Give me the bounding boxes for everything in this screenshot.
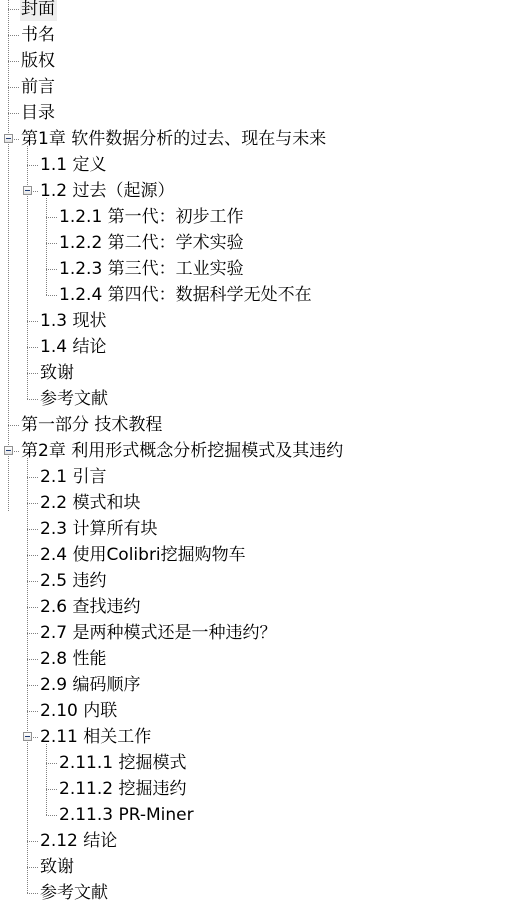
tree-item-label[interactable]: 1.2.3 第三代：工业实验 — [58, 257, 246, 281]
tree-connector — [46, 217, 57, 218]
tree-item-label[interactable]: 第一部分 技术教程 — [20, 413, 164, 437]
tree-item-label[interactable]: 1.3 现状 — [39, 309, 108, 333]
tree-item[interactable]: 2.9 编码顺序 — [0, 672, 518, 698]
tree-item-label[interactable]: 1.2.2 第二代：学术实验 — [58, 231, 246, 255]
tree-item[interactable]: 1.2 过去（起源） — [0, 178, 518, 204]
tree-item-label[interactable]: 2.11.1 挖掘模式 — [58, 751, 188, 775]
tree-connector — [46, 295, 57, 296]
tree-item[interactable]: 第一部分 技术教程 — [0, 412, 518, 438]
tree-item-label[interactable]: 第1章 软件数据分析的过去、现在与未来 — [20, 127, 328, 151]
tree-item[interactable]: 2.11.3 PR-Miner — [0, 802, 518, 828]
tree-item[interactable]: 2.5 违约 — [0, 568, 518, 594]
tree-item[interactable]: 封面 — [0, 0, 518, 22]
tree-item-label[interactable]: 2.8 性能 — [39, 647, 108, 671]
tree-item[interactable]: 2.4 使用Colibri挖掘购物车 — [0, 542, 518, 568]
tree-item-label[interactable]: 1.4 结论 — [39, 335, 108, 359]
tree-connector — [46, 198, 47, 295]
tree-connector — [46, 789, 57, 790]
tree-item[interactable]: 2.11.1 挖掘模式 — [0, 750, 518, 776]
tree-item[interactable]: 版权 — [0, 48, 518, 74]
tree-item-label[interactable]: 封面 — [20, 0, 57, 21]
tree-connector — [46, 763, 57, 764]
tree-item-label[interactable]: 版权 — [20, 49, 57, 73]
tree-item[interactable]: 1.4 结论 — [0, 334, 518, 360]
tree-connector — [46, 815, 57, 816]
tree-item[interactable]: 1.2.4 第四代：数据科学无处不在 — [0, 282, 518, 308]
tree-connector — [27, 685, 38, 686]
tree-item-label[interactable]: 2.11 相关工作 — [39, 725, 153, 749]
tree-item[interactable]: 1.2.1 第一代：初步工作 — [0, 204, 518, 230]
tree-connector — [46, 243, 57, 244]
tree-connector — [27, 321, 38, 322]
tree-item[interactable]: 2.6 查找违约 — [0, 594, 518, 620]
tree-item[interactable]: 参考文献 — [0, 880, 518, 904]
toc-tree[interactable]: 封面书名版权前言目录第1章 软件数据分析的过去、现在与未来1.1 定义1.2 过… — [0, 0, 518, 904]
tree-connector — [8, 425, 19, 426]
tree-connector — [27, 347, 38, 348]
tree-connector — [46, 744, 47, 815]
tree-item-label[interactable]: 目录 — [20, 101, 57, 125]
collapse-toggle-icon[interactable] — [23, 732, 32, 741]
tree-item[interactable]: 参考文献 — [0, 386, 518, 412]
tree-item[interactable]: 2.11.2 挖掘违约 — [0, 776, 518, 802]
tree-item-label[interactable]: 2.12 结论 — [39, 829, 119, 853]
tree-connector — [8, 9, 19, 10]
tree-item-label[interactable]: 2.1 引言 — [39, 465, 108, 489]
tree-item[interactable]: 第1章 软件数据分析的过去、现在与未来 — [0, 126, 518, 152]
tree-item-label[interactable]: 2.5 违约 — [39, 569, 108, 593]
tree-item-label[interactable]: 书名 — [20, 23, 57, 47]
tree-connector — [27, 581, 38, 582]
tree-connector — [27, 659, 38, 660]
tree-item[interactable]: 2.12 结论 — [0, 828, 518, 854]
tree-connector — [27, 146, 28, 399]
tree-item-label[interactable]: 1.1 定义 — [39, 153, 108, 177]
tree-connector — [27, 503, 38, 504]
tree-item[interactable]: 前言 — [0, 74, 518, 100]
tree-connector — [27, 633, 38, 634]
tree-item[interactable]: 致谢 — [0, 854, 518, 880]
tree-connector — [8, 87, 19, 88]
collapse-toggle-icon[interactable] — [4, 446, 13, 455]
tree-item-label[interactable]: 参考文献 — [39, 881, 110, 904]
tree-item[interactable]: 1.1 定义 — [0, 152, 518, 178]
tree-item[interactable]: 1.2.2 第二代：学术实验 — [0, 230, 518, 256]
tree-item-label[interactable]: 参考文献 — [39, 387, 110, 411]
tree-connector — [27, 607, 38, 608]
tree-item[interactable]: 2.10 内联 — [0, 698, 518, 724]
tree-connector — [27, 477, 38, 478]
tree-item[interactable]: 2.1 引言 — [0, 464, 518, 490]
tree-item-label[interactable]: 1.2.1 第一代：初步工作 — [58, 205, 246, 229]
tree-connector — [27, 399, 38, 400]
tree-item[interactable]: 书名 — [0, 22, 518, 48]
tree-item-label[interactable]: 2.3 计算所有块 — [39, 517, 159, 541]
tree-item-label[interactable]: 致谢 — [39, 361, 76, 385]
tree-connector — [8, 61, 19, 62]
tree-item[interactable]: 2.3 计算所有块 — [0, 516, 518, 542]
tree-item-label[interactable]: 1.2.4 第四代：数据科学无处不在 — [58, 283, 314, 307]
tree-item-label[interactable]: 2.10 内联 — [39, 699, 119, 723]
tree-connector — [27, 165, 38, 166]
tree-connector — [27, 841, 38, 842]
tree-item[interactable]: 1.3 现状 — [0, 308, 518, 334]
tree-item-label[interactable]: 1.2 过去（起源） — [39, 179, 176, 203]
tree-item-label[interactable]: 2.6 查找违约 — [39, 595, 142, 619]
tree-item-label[interactable]: 致谢 — [39, 855, 76, 879]
tree-item[interactable]: 2.11 相关工作 — [0, 724, 518, 750]
tree-connector — [27, 529, 38, 530]
tree-item-label[interactable]: 2.11.2 挖掘违约 — [58, 777, 188, 801]
tree-connector — [8, 35, 19, 36]
tree-connector — [46, 269, 57, 270]
tree-connector — [8, 0, 9, 511]
tree-item[interactable]: 2.8 性能 — [0, 646, 518, 672]
tree-item[interactable]: 第2章 利用形式概念分析挖掘模式及其违约 — [0, 438, 518, 464]
tree-connector — [27, 893, 38, 894]
tree-item-label[interactable]: 第2章 利用形式概念分析挖掘模式及其违约 — [20, 439, 345, 463]
tree-item-label[interactable]: 2.4 使用Colibri挖掘购物车 — [39, 543, 248, 567]
tree-connector — [27, 555, 38, 556]
tree-item-label[interactable]: 2.7 是两种模式还是一种违约？ — [39, 621, 278, 645]
tree-item[interactable]: 致谢 — [0, 360, 518, 386]
collapse-toggle-icon[interactable] — [4, 134, 13, 143]
tree-item-label[interactable]: 2.2 模式和块 — [39, 491, 142, 515]
tree-item[interactable]: 1.2.3 第三代：工业实验 — [0, 256, 518, 282]
tree-connector — [8, 113, 19, 114]
tree-item[interactable]: 2.2 模式和块 — [0, 490, 518, 516]
tree-connector — [27, 867, 38, 868]
tree-item-label[interactable]: 2.9 编码顺序 — [39, 673, 142, 697]
tree-item[interactable]: 目录 — [0, 100, 518, 126]
tree-connector — [27, 711, 38, 712]
tree-item-label[interactable]: 前言 — [20, 75, 57, 99]
tree-connector — [27, 373, 38, 374]
tree-item[interactable]: 2.7 是两种模式还是一种违约？ — [0, 620, 518, 646]
tree-connector — [27, 458, 28, 893]
tree-item-label[interactable]: 2.11.3 PR-Miner — [58, 803, 196, 827]
collapse-toggle-icon[interactable] — [23, 186, 32, 195]
